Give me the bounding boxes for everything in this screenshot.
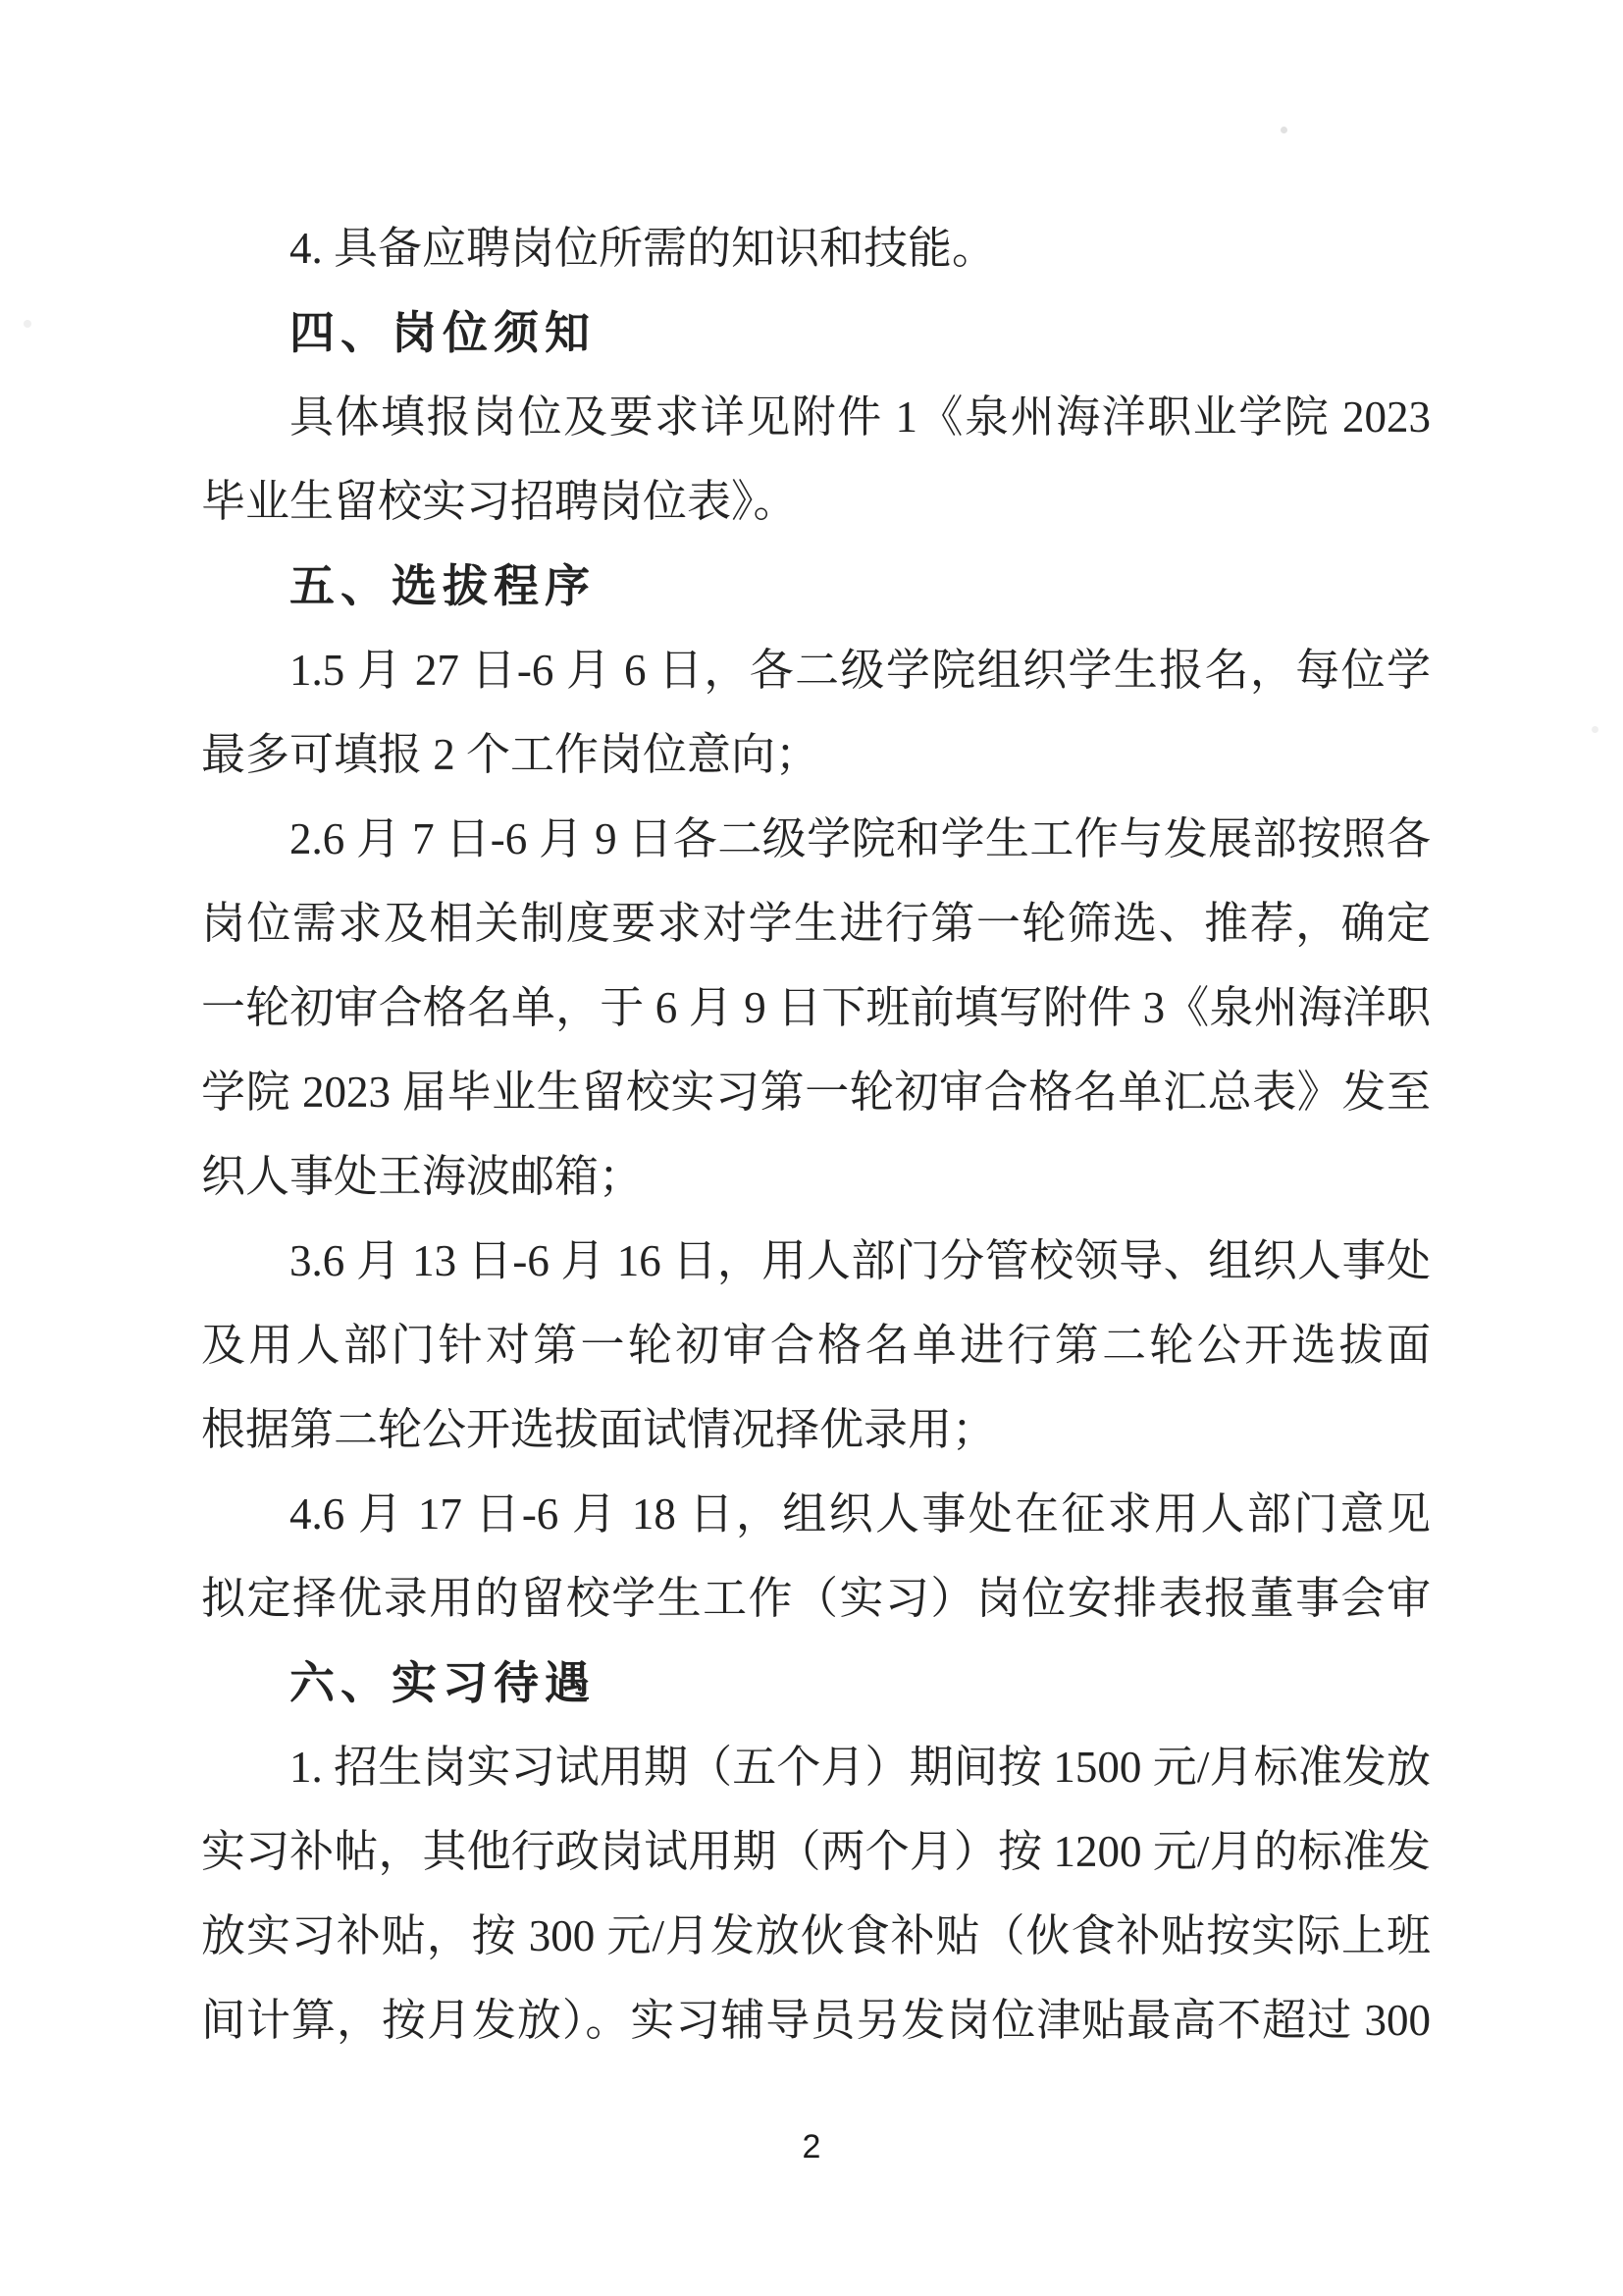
document-body: 4. 具备应聘岗位所需的知识和技能。 四、岗位须知 具体填报岗位及要求详见附件 … — [201, 206, 1431, 2062]
text-line: 2.6 月 7 日-6 月 9 日各二级学院和学生工作与发展部按照各 — [201, 797, 1431, 881]
text-line: 拟定择优录用的留校学生工作（实习）岗位安排表报董事会审批。 — [201, 1556, 1431, 1641]
page-number: 2 — [0, 2122, 1623, 2171]
document-page: 4. 具备应聘岗位所需的知识和技能。 四、岗位须知 具体填报岗位及要求详见附件 … — [0, 0, 1623, 2296]
text-line: 根据第二轮公开选拔面试情况择优录用； — [201, 1387, 1431, 1472]
text-line: 最多可填报 2 个工作岗位意向； — [201, 712, 1431, 797]
text-line: 具体填报岗位及要求详见附件 1《泉州海洋职业学院 2023 届 — [201, 375, 1431, 459]
scan-speck — [1281, 127, 1287, 133]
text-line: 织人事处王海波邮箱； — [201, 1134, 1431, 1219]
text-line: 及用人部门针对第一轮初审合格名单进行第二轮公开选拔面试， — [201, 1303, 1431, 1387]
text-line: 4.6 月 17 日-6 月 18 日，组织人事处在征求用人部门意见后， — [201, 1472, 1431, 1556]
section-heading: 四、岗位须知 — [201, 290, 1431, 375]
text-line: 学院 2023 届毕业生留校实习第一轮初审合格名单汇总表》发至组 — [201, 1050, 1431, 1134]
text-line: 间计算，按月发放）。实习辅导员另发岗位津贴最高不超过 300 — [201, 1978, 1431, 2062]
text-line: 岗位需求及相关制度要求对学生进行第一轮筛选、推荐，确定第 — [201, 881, 1431, 965]
section-heading: 五、选拔程序 — [201, 544, 1431, 628]
text-line: 1. 招生岗实习试用期（五个月）期间按 1500 元/月标准发放 — [201, 1725, 1431, 1809]
scan-speck — [1592, 726, 1598, 733]
text-line: 毕业生留校实习招聘岗位表》。 — [201, 459, 1431, 544]
text-line: 4. 具备应聘岗位所需的知识和技能。 — [201, 206, 1431, 290]
text-line: 1.5 月 27 日-6 月 6 日，各二级学院组织学生报名，每位学生 — [201, 628, 1431, 712]
text-line: 实习补帖，其他行政岗试用期（两个月）按 1200 元/月的标准发 — [201, 1809, 1431, 1894]
text-line: 放实习补贴，按 300 元/月发放伙食补贴（伙食补贴按实际上班时 — [201, 1894, 1431, 1978]
text-line: 一轮初审合格名单，于 6 月 9 日下班前填写附件 3《泉州海洋职业 — [201, 965, 1431, 1050]
text-line: 3.6 月 13 日-6 月 16 日，用人部门分管校领导、组织人事处 — [201, 1219, 1431, 1303]
section-heading: 六、实习待遇 — [201, 1641, 1431, 1725]
scan-speck — [24, 320, 31, 328]
